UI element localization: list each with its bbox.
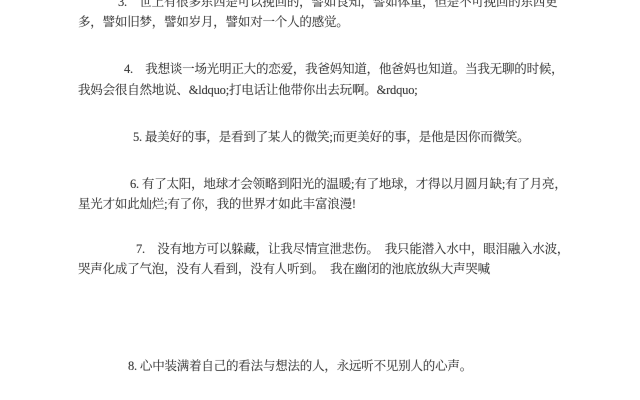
text-line-item6-1: 6. 有了太阳，地球才会领略到阳光的温暖;有了地球，才得以月圆月缺;有了月亮， [130, 174, 567, 194]
text-line-item4-2: 我妈会很自然地说、&ldquo;打电话让他带你出去玩啊。&rdquo; [78, 80, 418, 100]
text-line-item7-1: 7. 没有地方可以躲藏，让我尽情宣泄悲伤。 我只能潜入水中，眼泪融入水波， [136, 239, 569, 259]
text-line-item8-1: 8. 心中装满着自己的看法与想法的人，永远听不见别人的心声。 [128, 356, 472, 376]
text-line-item6-2: 星光才如此灿烂;有了你，我的世界才如此丰富浪漫! [78, 194, 356, 214]
text-line-item3-2: 多，譬如旧梦，譬如岁月，譬如对一个人的感觉。 [78, 12, 349, 32]
text-line-item7-2: 哭声化成了气泡，没有人看到，没有人听到。 我在幽闭的池底放纵大声哭喊 [78, 259, 490, 279]
text-line-item3-1: 3. 世上有很多东西是可以挽回的，譬如良知，譬如体重，但是不可挽回的东西更 [118, 0, 557, 12]
text-line-item5-1: 5. 最美好的事，是看到了某人的微笑;而更美好的事，是他是因你而微笑。 [133, 127, 529, 147]
text-line-item4-1: 4. 我想谈一场光明正大的恋爱，我爸妈知道，他爸妈也知道。当我无聊的时候， [124, 59, 563, 79]
document-page: 3. 世上有很多东西是可以挽回的，譬如良知，譬如体重，但是不可挽回的东西更 多，… [0, 0, 640, 400]
